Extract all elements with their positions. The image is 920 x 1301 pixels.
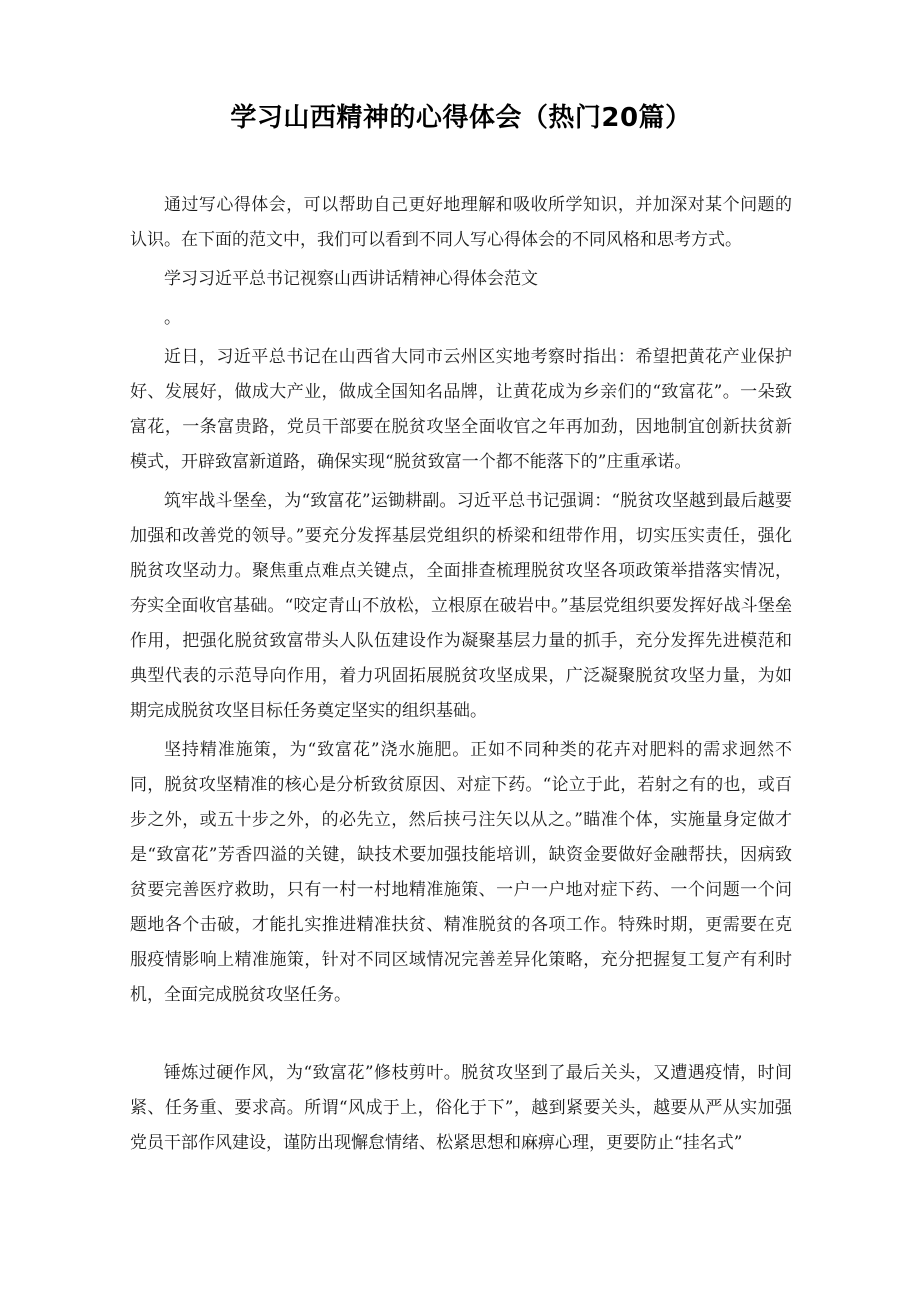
body-paragraph-fortress: 筑牢战斗堡垒，为“致富花”运锄耕副。习近平总书记强调：“脱贫攻坚越到最后越要加强… <box>130 484 792 729</box>
blank-line <box>130 1017 792 1052</box>
lone-period-line: 。 <box>130 301 792 336</box>
document-body: 通过写心得体会，可以帮助自己更好地理解和吸收所学知识，并加深对某个问题的认识。在… <box>130 188 792 1161</box>
subtitle-paragraph: 学习习近平总书记视察山西讲话精神心得体会范文 <box>130 262 792 297</box>
body-paragraph-precise-policy: 坚持精准施策，为“致富花”浇水施肥。正如不同种类的花卉对肥料的需求迥然不同，脱贫… <box>130 733 792 1013</box>
body-paragraph-work-style: 锤炼过硬作风，为“致富花”修枝剪叶。脱贫攻坚到了最后关头，又遭遇疫情，时间紧、任… <box>130 1056 792 1161</box>
document-title: 学习山西精神的心得体会（热门20篇） <box>130 102 792 134</box>
document-page: 学习山西精神的心得体会（热门20篇） 通过写心得体会，可以帮助自己更好地理解和吸… <box>0 0 920 1301</box>
body-paragraph-recent-visit: 近日，习近平总书记在山西省大同市云州区实地考察时指出：希望把黄花产业保护好、发展… <box>130 340 792 480</box>
intro-paragraph: 通过写心得体会，可以帮助自己更好地理解和吸收所学知识，并加深对某个问题的认识。在… <box>130 188 792 258</box>
